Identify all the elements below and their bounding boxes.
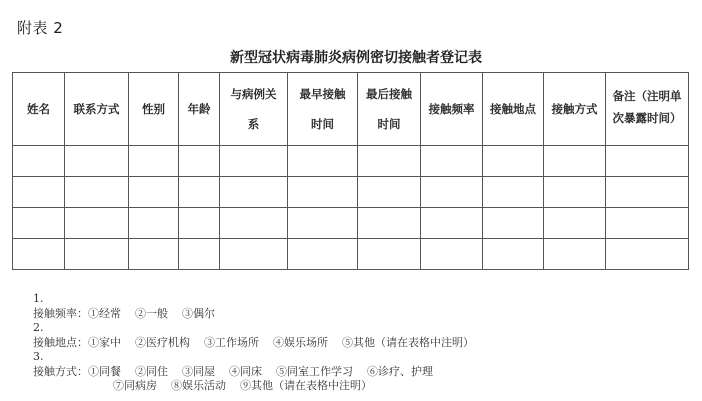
header-age: 年龄 bbox=[179, 73, 220, 146]
cell-contact-location[interactable] bbox=[483, 177, 544, 208]
cell-contact-location[interactable] bbox=[483, 239, 544, 270]
cell-last-contact-time[interactable] bbox=[358, 239, 421, 270]
cell-relationship[interactable] bbox=[220, 146, 288, 177]
cell-gender[interactable] bbox=[129, 208, 179, 239]
header-remarks: 备注（注明单次暴露时间） bbox=[606, 73, 689, 146]
note-option: ①家中 bbox=[88, 336, 121, 349]
header-contact-location: 接触地点 bbox=[483, 73, 544, 146]
note-option: ③偶尔 bbox=[182, 307, 215, 320]
cell-contact-location[interactable] bbox=[483, 208, 544, 239]
document-title: 新型冠状病毒肺炎病例密切接触者登记表 bbox=[0, 47, 702, 67]
cell-last-contact-time[interactable] bbox=[358, 208, 421, 239]
cell-name[interactable] bbox=[13, 146, 65, 177]
note-label: 接触方式： bbox=[33, 365, 88, 378]
cell-first-contact-time[interactable] bbox=[288, 146, 358, 177]
cell-name[interactable] bbox=[13, 239, 65, 270]
header-contact-method: 接触方式 bbox=[544, 73, 606, 146]
cell-contact-method[interactable] bbox=[544, 208, 606, 239]
table-row bbox=[13, 239, 689, 270]
cell-gender[interactable] bbox=[129, 177, 179, 208]
note-option: ①经常 bbox=[88, 307, 121, 320]
table-row bbox=[13, 146, 689, 177]
cell-relationship[interactable] bbox=[220, 239, 288, 270]
header-relationship: 与病例关系 bbox=[220, 73, 288, 146]
note-contact-frequency: 1. 接触频率：①经常②一般③偶尔 bbox=[19, 276, 488, 305]
cell-age[interactable] bbox=[179, 146, 220, 177]
contact-register-table: 姓名 联系方式 性别 年龄 与病例关系 最早接触时间 最后接触时间 接触频率 接… bbox=[12, 72, 689, 270]
header-first-contact-time: 最早接触时间 bbox=[288, 73, 358, 146]
note-option: ②同住 bbox=[135, 365, 168, 378]
note-label: 接触频率： bbox=[33, 307, 88, 320]
note-option: ⑦同病房 bbox=[113, 379, 157, 392]
note-option: ⑥诊疗、护理 bbox=[367, 365, 433, 378]
note-option: ③工作场所 bbox=[204, 336, 259, 349]
cell-first-contact-time[interactable] bbox=[288, 208, 358, 239]
cell-contact[interactable] bbox=[65, 146, 129, 177]
table-row bbox=[13, 177, 689, 208]
appendix-label: 附表 2 bbox=[17, 17, 63, 38]
cell-remarks[interactable] bbox=[606, 177, 689, 208]
header-last-contact-time: 最后接触时间 bbox=[358, 73, 421, 146]
cell-relationship[interactable] bbox=[220, 177, 288, 208]
note-label: 接触地点： bbox=[33, 336, 88, 349]
note-option: ⑨其他（请在表格中注明） bbox=[240, 379, 372, 392]
cell-contact-frequency[interactable] bbox=[421, 239, 483, 270]
note-option: ④同床 bbox=[229, 365, 262, 378]
cell-contact[interactable] bbox=[65, 177, 129, 208]
table-header-row: 姓名 联系方式 性别 年龄 与病例关系 最早接触时间 最后接触时间 接触频率 接… bbox=[13, 73, 689, 146]
cell-remarks[interactable] bbox=[606, 208, 689, 239]
cell-contact-frequency[interactable] bbox=[421, 146, 483, 177]
cell-gender[interactable] bbox=[129, 146, 179, 177]
note-option: ②医疗机构 bbox=[135, 336, 190, 349]
note-option: ③同屋 bbox=[182, 365, 215, 378]
cell-remarks[interactable] bbox=[606, 239, 689, 270]
cell-age[interactable] bbox=[179, 177, 220, 208]
notes-section: 1. 接触频率：①经常②一般③偶尔 2. 接触地点：①家中②医疗机构③工作场所④… bbox=[19, 276, 488, 392]
cell-age[interactable] bbox=[179, 208, 220, 239]
header-contact: 联系方式 bbox=[65, 73, 129, 146]
header-gender: 性别 bbox=[129, 73, 179, 146]
cell-contact-frequency[interactable] bbox=[421, 208, 483, 239]
note-option: ⑧娱乐活动 bbox=[171, 379, 226, 392]
note-option: ①同餐 bbox=[88, 365, 121, 378]
cell-contact-method[interactable] bbox=[544, 177, 606, 208]
cell-name[interactable] bbox=[13, 177, 65, 208]
note-option: ⑤同室工作学习 bbox=[276, 365, 353, 378]
cell-contact[interactable] bbox=[65, 239, 129, 270]
cell-contact-frequency[interactable] bbox=[421, 177, 483, 208]
header-contact-frequency: 接触频率 bbox=[421, 73, 483, 146]
header-name: 姓名 bbox=[13, 73, 65, 146]
cell-name[interactable] bbox=[13, 208, 65, 239]
cell-contact-method[interactable] bbox=[544, 239, 606, 270]
cell-remarks[interactable] bbox=[606, 146, 689, 177]
cell-contact-method[interactable] bbox=[544, 146, 606, 177]
note-option: ④娱乐场所 bbox=[273, 336, 328, 349]
cell-gender[interactable] bbox=[129, 239, 179, 270]
cell-first-contact-time[interactable] bbox=[288, 239, 358, 270]
cell-contact[interactable] bbox=[65, 208, 129, 239]
cell-last-contact-time[interactable] bbox=[358, 177, 421, 208]
cell-first-contact-time[interactable] bbox=[288, 177, 358, 208]
note-option: ②一般 bbox=[135, 307, 168, 320]
cell-contact-location[interactable] bbox=[483, 146, 544, 177]
cell-relationship[interactable] bbox=[220, 208, 288, 239]
table-row bbox=[13, 208, 689, 239]
cell-age[interactable] bbox=[179, 239, 220, 270]
note-option: ⑤其他（请在表格中注明） bbox=[342, 336, 474, 349]
cell-last-contact-time[interactable] bbox=[358, 146, 421, 177]
